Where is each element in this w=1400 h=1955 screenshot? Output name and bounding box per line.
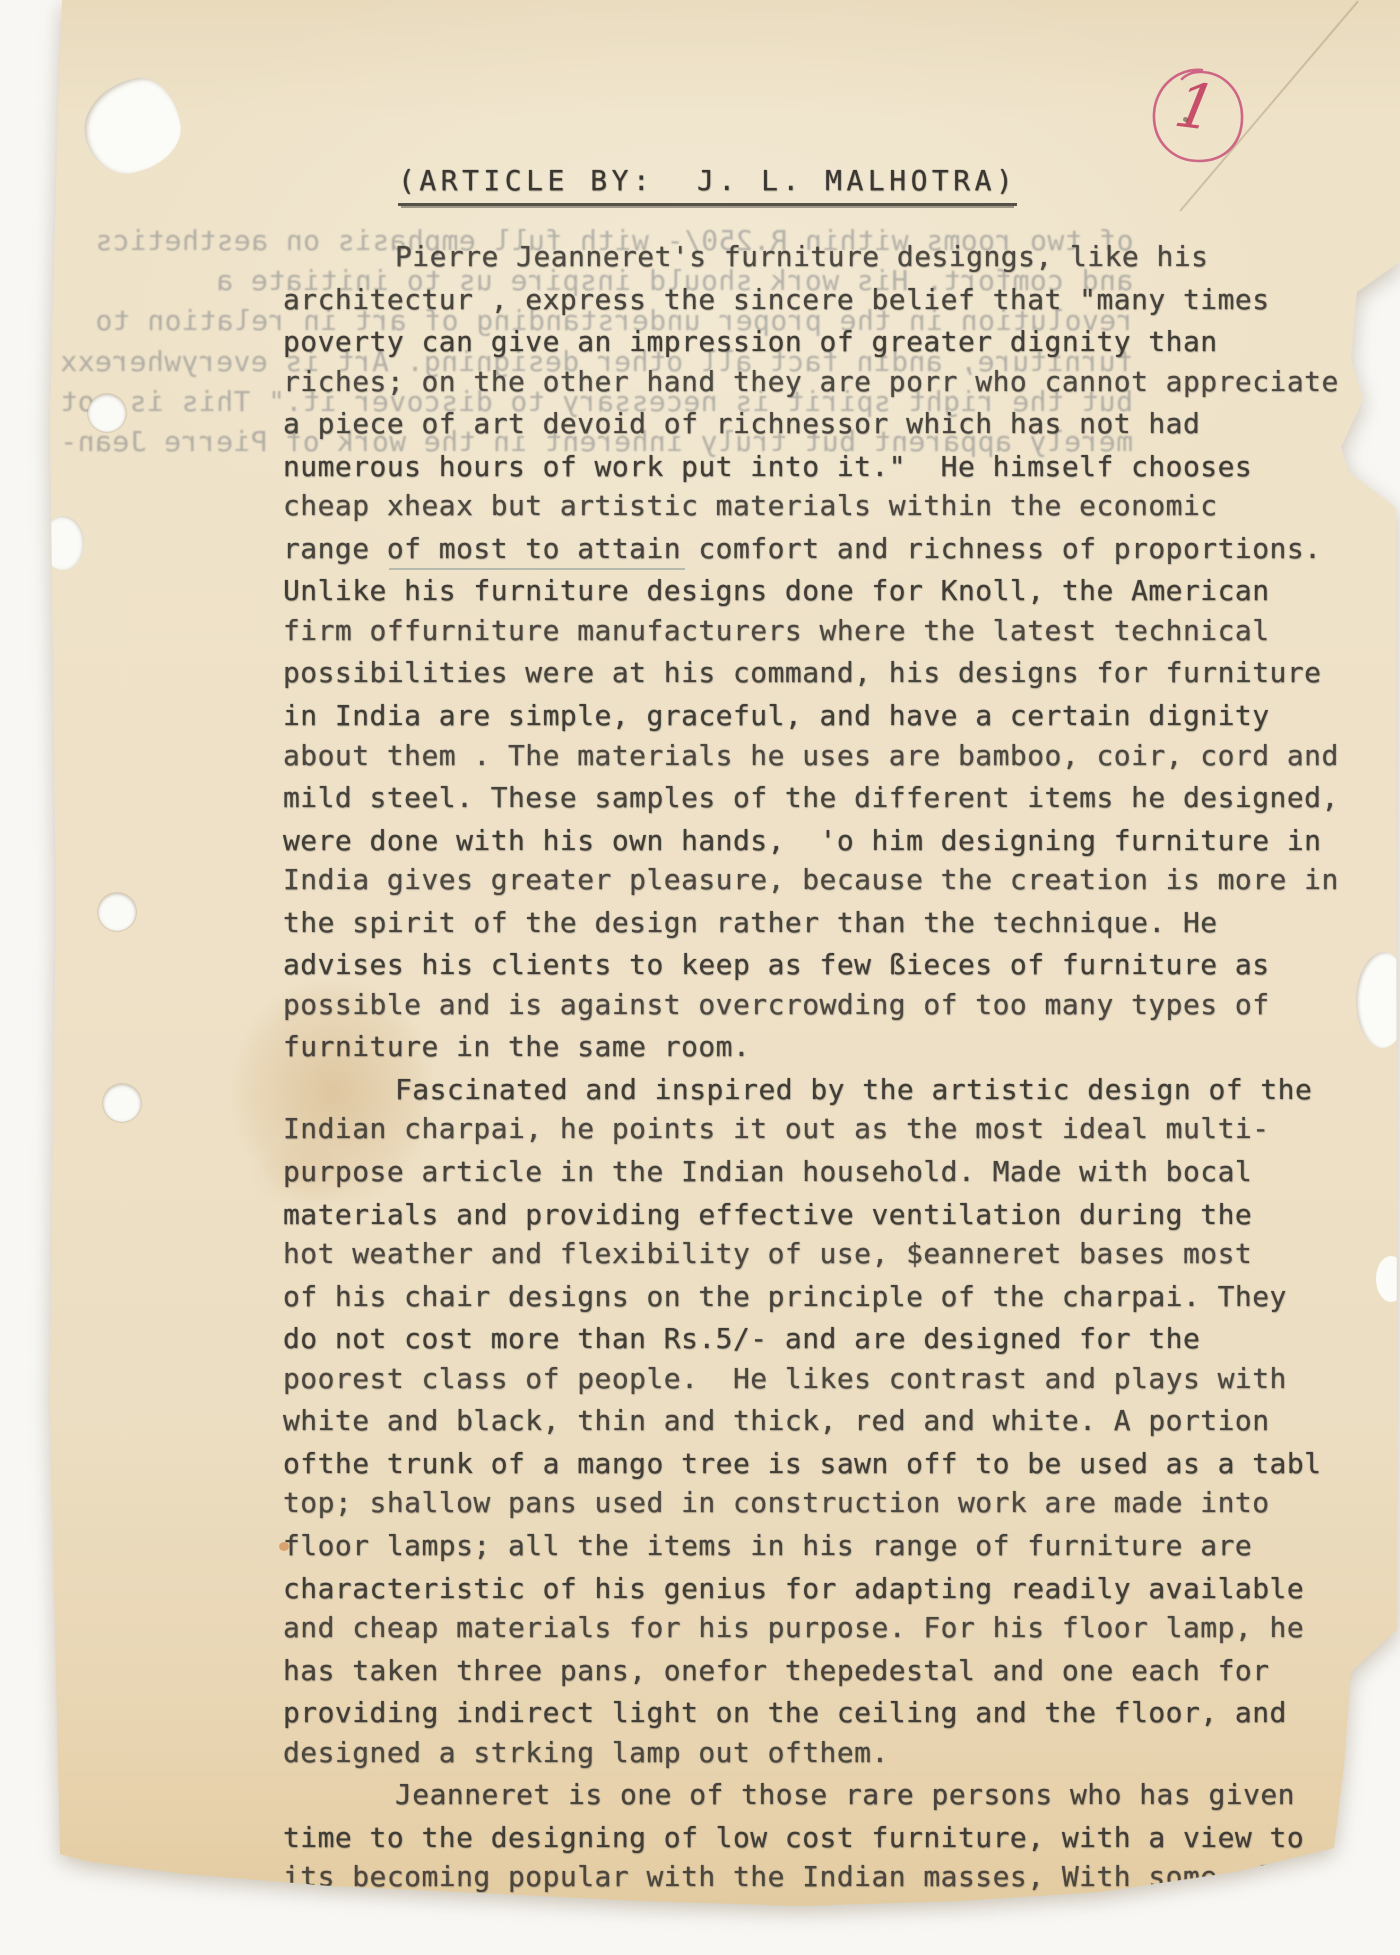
typed-line: Jeanneret is one of those rare persons w… [283,1774,1339,1816]
typed-line: were done with his own hands, 'o him des… [283,820,1339,862]
edge-notch-left [42,516,84,570]
paper-speck [279,1542,289,1551]
typed-line: which it is possible to furnish a modest… [283,1899,1339,1941]
typed-line: a piece of art devoid of richnessor whic… [283,403,1339,445]
typed-line: mild steel. These samples of the differe… [283,777,1339,819]
typed-line: and cheap materials for his purpose. For… [283,1607,1339,1649]
ink-speck [1183,117,1188,122]
typed-line: the spirit of the design rather than the… [283,902,1339,944]
typed-line: poorest class of people. He likes contra… [283,1358,1339,1400]
scanned-document-page: (ARTICLE BY: J. L. MALHOTRA) of two room… [0,0,1400,1955]
punch-hole [88,394,126,432]
typed-line: Unlike his furniture designs done for Kn… [283,570,1339,612]
typed-line: time to the designing of low cost furnit… [283,1817,1339,1859]
red-circle-annotation: 1 [1142,62,1254,172]
typed-line: India gives greater pleasure, because th… [283,859,1339,901]
typed-line: floor lamps; all the items in his range … [283,1525,1339,1567]
typed-line: cheap xheax but artistic materials withi… [283,485,1339,527]
typed-line: Pierre Jeanneret's furniture designgs, l… [283,236,1339,278]
typed-line: top; shallow pans used in construction w… [283,1482,1339,1524]
typed-line: possibilities were at his command, his d… [283,652,1339,694]
paper-shadow: (ARTICLE BY: J. L. MALHOTRA) of two room… [0,0,1400,1955]
typed-line: in India are simple, graceful, and have … [283,695,1339,737]
typed-line: numerous hours of work put into it." He … [283,446,1339,488]
typed-line: characteristic of his genius for adaptin… [283,1568,1339,1610]
typed-line: possible and is against overcrowding of … [283,984,1339,1026]
typed-line: do not cost more than Rs.5/- and are des… [283,1318,1339,1360]
punch-hole [103,1084,141,1122]
typed-line: hot weather and flexibility of use, $ean… [283,1233,1339,1275]
punch-hole [98,893,136,931]
typed-line: providing indirect light on the ceiling … [283,1692,1339,1734]
underline-mark [389,568,685,570]
typed-line: about them . The materials he uses are b… [283,735,1339,777]
typed-line: its becoming popular with the Indian mas… [283,1856,1339,1898]
typed-line: ofthe trunk of a mango tree is sawn off … [283,1443,1339,1485]
typed-line: advises his clients to keep as few ßiece… [283,944,1339,986]
typed-line: firm offurniture manufacturers where the… [283,610,1339,652]
typed-line: furniture in the same room. [283,1026,1339,1068]
edge-tear-right [1376,1256,1400,1302]
typed-line: range of most to attain comfort and rich… [283,528,1339,570]
typed-line: Fascinated and inspired by the artistic … [283,1069,1339,1111]
typed-line: materials and providing effective ventil… [283,1194,1339,1236]
typed-line: has taken three pans, onefor thepedestal… [283,1650,1339,1692]
typed-line: white and black, thin and thick, red and… [283,1400,1339,1442]
typed-line: designed a strking lamp out ofthem. [283,1732,1339,1774]
typed-lines: Pierre Jeanneret's furniture designgs, l… [283,237,1339,1940]
typed-line: riches; on the other hand they are porr … [283,361,1339,403]
typed-line: of his chair designs on the principle of… [283,1276,1339,1318]
paper-sheet: (ARTICLE BY: J. L. MALHOTRA) of two room… [0,0,1400,1955]
typed-line: purpose article in the Indian household.… [283,1151,1339,1193]
typed-line: architectur , express the sincere belief… [283,279,1339,321]
typed-line: poverty can give an impression of greate… [283,321,1339,363]
typed-line: Indian charpai, he points it out as the … [283,1108,1339,1150]
